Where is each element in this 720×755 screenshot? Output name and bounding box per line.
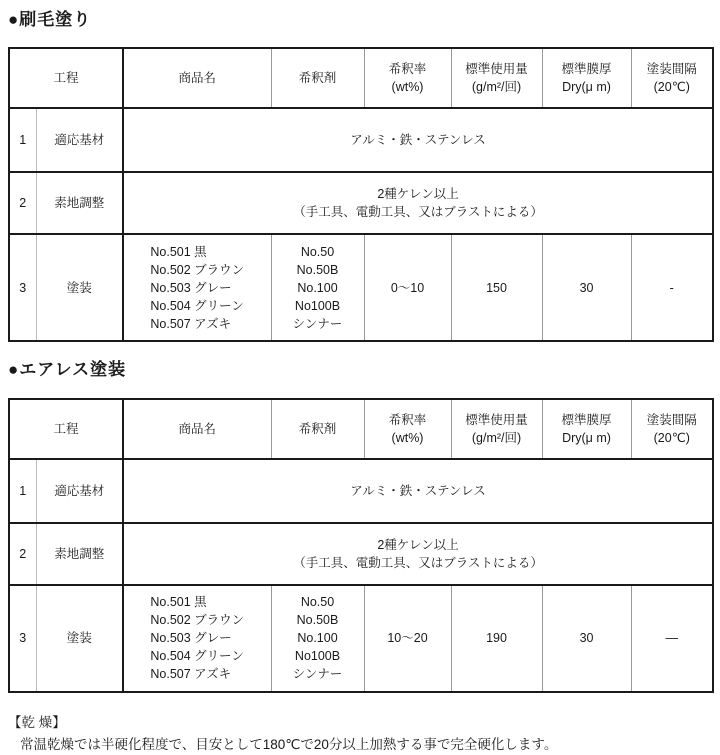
diluent-list-cell: No.50 No.50B No.100 No100B シンナー [271, 585, 364, 692]
film-thickness-cell: 30 [542, 585, 631, 692]
dilution-rate-cell: 0～10 [364, 234, 451, 341]
row-number: 1 [9, 108, 36, 172]
product-list-cell: No.501 黒 No.502 ブラウン No.503 グレー No.504 グ… [123, 585, 271, 692]
diluent-list-cell: No.50 No.50B No.100 No100B シンナー [271, 234, 364, 341]
interval-cell: ― [631, 585, 713, 692]
brush-painting-title: ●刷毛塗り [8, 8, 712, 30]
drying-heading: 【乾 燥】 [8, 713, 712, 733]
airless-painting-section: ●エアレス塗装 工程 商品名 希釈剤 希釈率 (wt%) 標準使用量 (g/m²… [8, 358, 712, 692]
process-name: 素地調整 [36, 523, 123, 585]
table-header-row: 工程 商品名 希釈剤 希釈率 (wt%) 標準使用量 (g/m²/回) 標準膜厚… [9, 399, 713, 459]
dilution-rate-cell: 10～20 [364, 585, 451, 692]
row-number: 3 [9, 234, 36, 341]
process-name: 塗装 [36, 234, 123, 341]
row-number: 2 [9, 172, 36, 234]
process-name: 素地調整 [36, 172, 123, 234]
table-row-surface-prep: 2 素地調整 2種ケレン以上 （手工具、電動工具、又はブラストによる） [9, 523, 713, 585]
process-name: 塗装 [36, 585, 123, 692]
airless-painting-title: ●エアレス塗装 [8, 358, 712, 380]
col-header-process: 工程 [9, 48, 123, 108]
process-name: 適応基材 [36, 459, 123, 523]
row-number: 2 [9, 523, 36, 585]
col-header-interval: 塗装間隔 (20℃) [631, 48, 713, 108]
table-row-substrate: 1 適応基材 アルミ・鉄・ステンレス [9, 108, 713, 172]
process-name: 適応基材 [36, 108, 123, 172]
row-number: 1 [9, 459, 36, 523]
film-thickness-cell: 30 [542, 234, 631, 341]
col-header-process: 工程 [9, 399, 123, 459]
interval-cell: - [631, 234, 713, 341]
table-row-surface-prep: 2 素地調整 2種ケレン以上 （手工具、電動工具、又はブラストによる） [9, 172, 713, 234]
col-header-usage: 標準使用量 (g/m²/回) [451, 399, 542, 459]
product-list-cell: No.501 黒 No.502 ブラウン No.503 グレー No.504 グ… [123, 234, 271, 341]
surface-prep-value: 2種ケレン以上 （手工具、電動工具、又はブラストによる） [123, 523, 713, 585]
col-header-usage: 標準使用量 (g/m²/回) [451, 48, 542, 108]
col-header-dilution-rate: 希釈率 (wt%) [364, 48, 451, 108]
brush-painting-section: ●刷毛塗り 工程 商品名 希釈剤 希釈率 (wt%) 標準使用量 (g/m²/回… [8, 8, 712, 342]
col-header-product: 商品名 [123, 399, 271, 459]
airless-painting-table: 工程 商品名 希釈剤 希釈率 (wt%) 標準使用量 (g/m²/回) 標準膜厚… [8, 398, 714, 693]
usage-cell: 190 [451, 585, 542, 692]
col-header-diluent: 希釈剤 [271, 48, 364, 108]
product-list: No.501 黒 No.502 ブラウン No.503 グレー No.504 グ… [150, 243, 244, 334]
col-header-interval: 塗装間隔 (20℃) [631, 399, 713, 459]
substrate-value: アルミ・鉄・ステンレス [123, 108, 713, 172]
col-header-product: 商品名 [123, 48, 271, 108]
col-header-film-thickness: 標準膜厚 Dry(μ m) [542, 399, 631, 459]
col-header-film-thickness: 標準膜厚 Dry(μ m) [542, 48, 631, 108]
row-number: 3 [9, 585, 36, 692]
col-header-diluent: 希釈剤 [271, 399, 364, 459]
surface-prep-value: 2種ケレン以上 （手工具、電動工具、又はブラストによる） [123, 172, 713, 234]
product-list: No.501 黒 No.502 ブラウン No.503 グレー No.504 グ… [150, 593, 244, 684]
table-row-painting: 3 塗装 No.501 黒 No.502 ブラウン No.503 グレー No.… [9, 585, 713, 692]
table-header-row: 工程 商品名 希釈剤 希釈率 (wt%) 標準使用量 (g/m²/回) 標準膜厚… [9, 48, 713, 108]
col-header-dilution-rate: 希釈率 (wt%) [364, 399, 451, 459]
table-row-painting: 3 塗装 No.501 黒 No.502 ブラウン No.503 グレー No.… [9, 234, 713, 341]
brush-painting-table: 工程 商品名 希釈剤 希釈率 (wt%) 標準使用量 (g/m²/回) 標準膜厚… [8, 47, 714, 342]
drying-section: 【乾 燥】 常温乾燥では半硬化程度で、目安として180℃で20分以上加熱する事で… [8, 713, 712, 755]
substrate-value: アルミ・鉄・ステンレス [123, 459, 713, 523]
drying-note-text: 常温乾燥では半硬化程度で、目安として180℃で20分以上加熱する事で完全硬化しま… [8, 735, 712, 755]
usage-cell: 150 [451, 234, 542, 341]
table-row-substrate: 1 適応基材 アルミ・鉄・ステンレス [9, 459, 713, 523]
